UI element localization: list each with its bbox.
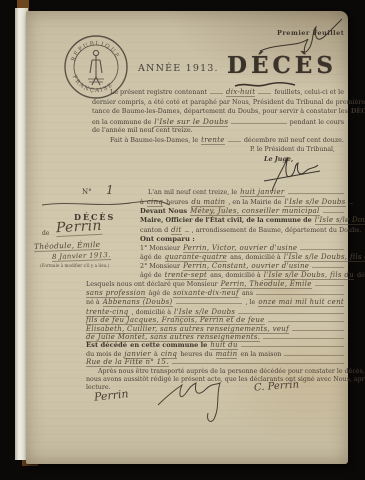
form-rule — [292, 328, 344, 331]
act-text-est-decede: Est décédé — [86, 341, 127, 349]
form-rule — [349, 201, 353, 204]
act-fill-domicile1: l'Isle s/le Doubs, fils du — [284, 253, 365, 262]
preamble-text: Le présent registre contenant — [110, 88, 207, 96]
act-text: âgé de — [140, 253, 162, 261]
signature-witness2: C. Perrin — [254, 379, 300, 393]
preamble-text: décembre mil neuf cent douze. — [244, 136, 344, 144]
form-rule — [284, 353, 344, 356]
act-text: ans — [242, 289, 253, 297]
act-fill-age2: trente-sept — [165, 271, 207, 280]
act-text: , domicilié à — [132, 308, 171, 316]
act-line-2: à cinq heures du matin , en la Mairie de… — [140, 198, 344, 207]
act-line-1: L'an mil neuf cent treize, le huit janvi… — [148, 188, 344, 197]
act-line-20: Rue de la Fitte n° 15. — [86, 358, 344, 367]
act-fill-birthplace: Abbenans (Doubs) — [103, 298, 173, 307]
form-rule — [176, 301, 243, 304]
preamble-fill-day: trente — [201, 136, 225, 145]
act-line-9: 2° Monsieur Perrin, Constant, ouvrier d'… — [140, 262, 344, 271]
act-text: , arrondissement de Baume, département d… — [192, 226, 362, 234]
act-fill-commune: l'Isle s/le Doubs — [315, 216, 365, 225]
preamble-line-2: dernier compris, a été coté et paraphé p… — [92, 98, 344, 106]
act-fill-mairie: l'Isle s/le Doubs — [284, 198, 345, 207]
act-fill-deceased-age: soixante-dix-neuf — [173, 289, 239, 298]
preamble-text: pendant le cours — [290, 118, 344, 126]
signature-mayor — [154, 379, 250, 425]
act-fill-canton: dit — [171, 226, 181, 235]
act-text: à — [154, 350, 158, 358]
act-line-8: âgé de quarante-quatre ans, domicilié à … — [140, 253, 344, 262]
margin-given-names: Théodule, Émile — [34, 240, 101, 252]
form-rule — [323, 210, 344, 213]
act-fill-date: huit janvier — [240, 188, 284, 197]
preamble-text: en la commune de — [92, 118, 151, 126]
act-fill-age1: quarante-quatre — [165, 253, 227, 262]
corner-signature — [258, 13, 344, 61]
seal-figure — [88, 50, 104, 85]
closing-line-1: Après nous être transporté auprès de la … — [98, 368, 365, 375]
act-text: à — [140, 198, 144, 206]
form-rule — [238, 311, 344, 314]
form-rule — [210, 91, 223, 94]
act-line-10: âgé de trente-sept ans, domicilié à l'Is… — [140, 271, 344, 280]
act-text: âgé de — [149, 289, 171, 297]
margin-footnote: (Formule à modifier s'il y a lieu.) — [40, 263, 109, 268]
act-fill-death-address: Rue de la Fitte n° 15. — [86, 358, 169, 367]
act-text: 2° Monsieur — [140, 262, 180, 270]
act-text: Lesquels nous ont déclaré que Monsieur — [86, 280, 218, 288]
act-text: né à — [86, 298, 100, 306]
act-text: 1° Monsieur — [140, 244, 180, 252]
act-line-5: canton d dit , arrondissement de Baume, … — [140, 226, 344, 235]
preamble-line-5: de l'année mil neuf cent treize. — [92, 126, 193, 134]
act-number-label: N° — [82, 188, 92, 196]
act-text: âgé de — [140, 271, 162, 279]
preamble-line-1: Le présent registre contenant dix-huit f… — [110, 88, 344, 97]
act-fill-deceased-name: Perrin, Théodule, Émile — [221, 280, 312, 289]
preamble-text: tance de Baume-les-Dames, département du… — [92, 107, 348, 115]
act-line-13: né à Abbenans (Doubs) , le onze mai mil … — [86, 298, 344, 307]
act-fill-hour: cinq — [147, 198, 163, 207]
preamble-text: feuillets, celui-ci et le — [274, 88, 344, 96]
preamble-fill-count: dix-huit — [226, 88, 255, 97]
form-rule — [258, 91, 271, 94]
preamble-line-4: en la commune de l'Isle sur le Doubs pen… — [92, 117, 344, 127]
form-rule — [315, 283, 344, 286]
act-text: heures du — [180, 350, 212, 358]
act-number-value: 1 — [106, 183, 114, 197]
act-fill-profession: sans profession — [86, 289, 146, 298]
margin-de-label: de — [42, 230, 49, 237]
form-rule — [288, 191, 344, 194]
act-fill-witness1: Perrin, Victor, ouvrier d'usine — [183, 244, 297, 253]
margin-date: 8 Janvier 1913. — [52, 251, 111, 262]
form-rule — [231, 121, 286, 124]
act-text: ans, domicilié à — [230, 253, 281, 261]
act-line-11: Lesquels nous ont déclaré que Monsieur P… — [86, 280, 344, 289]
act-text: ans, domicilié à — [210, 271, 261, 279]
form-rule — [263, 336, 344, 339]
act-line-3: Devant Nous Métey, Jules, conseiller mun… — [140, 207, 344, 216]
act-text: , en la Mairie de — [228, 198, 281, 206]
act-fill-death-day: huit du — [210, 341, 237, 350]
form-rule — [312, 265, 344, 268]
margin-surname: Perrin — [56, 218, 103, 237]
act-text: en cette commune le — [130, 341, 207, 349]
act-fill-domicile2: l'Isle s/le Doubs, fils du — [264, 271, 354, 280]
form-rule — [228, 139, 241, 142]
act-text: Devant Nous — [140, 207, 187, 215]
act-text: heures — [166, 198, 188, 206]
year-label: ANNÉE 1913. — [138, 63, 219, 74]
register-page: RÉPUBLIQUE FRANÇAISE ANNÉE 1913. DÉCÈS P… — [26, 11, 348, 464]
act-fill-birthdate: onze mai mil huit cent — [258, 298, 344, 307]
act-text: en la maison — [240, 350, 281, 358]
act-text: , le — [245, 298, 255, 306]
act-line-12: sans profession âgé de soixante-dix-neuf… — [86, 289, 344, 298]
preamble-deces-bold: DÉCÈS — [351, 107, 365, 115]
form-rule — [256, 292, 344, 295]
scanned-register-photo: RÉPUBLIQUE FRANÇAISE ANNÉE 1913. DÉCÈS P… — [0, 0, 365, 480]
preamble-line-3: tance de Baume-les-Dames, département du… — [92, 107, 344, 115]
act-fill-officer: Métey, Jules, conseiller municipal — [190, 207, 319, 216]
act-text: du mois de — [86, 350, 121, 358]
act-text: L'an mil neuf cent treize, le — [148, 188, 237, 196]
act-text: Maire, Officier de l'État civil, de la c… — [140, 216, 312, 224]
act-line-6: Ont comparu : — [140, 235, 195, 243]
form-rule — [172, 361, 344, 364]
signature-witness1: Perrin — [93, 387, 129, 404]
form-rule — [300, 247, 344, 250]
act-line-4: Maire, Officier de l'État civil, de la c… — [140, 216, 344, 225]
preamble-text: Fait à Baume-les-Dames, le — [110, 136, 198, 144]
preamble-fait-line: Fait à Baume-les-Dames, le trente décemb… — [110, 136, 344, 145]
act-line-7: 1° Monsieur Perrin, Victor, ouvrier d'us… — [140, 244, 344, 253]
act-fill-ampm: du matin — [191, 198, 225, 207]
act-text: canton d — [140, 226, 168, 234]
preamble-fill-commune: l'Isle sur le Doubs — [154, 117, 228, 127]
form-rule — [268, 319, 344, 322]
act-line-18: Est décédé en cette commune le huit du — [86, 341, 344, 350]
act-fill-witness2: Perrin, Constant, ouvrier d'usine — [183, 262, 309, 271]
form-rule — [185, 229, 189, 232]
act-text: défunt — [357, 271, 365, 279]
form-rule — [241, 344, 344, 347]
